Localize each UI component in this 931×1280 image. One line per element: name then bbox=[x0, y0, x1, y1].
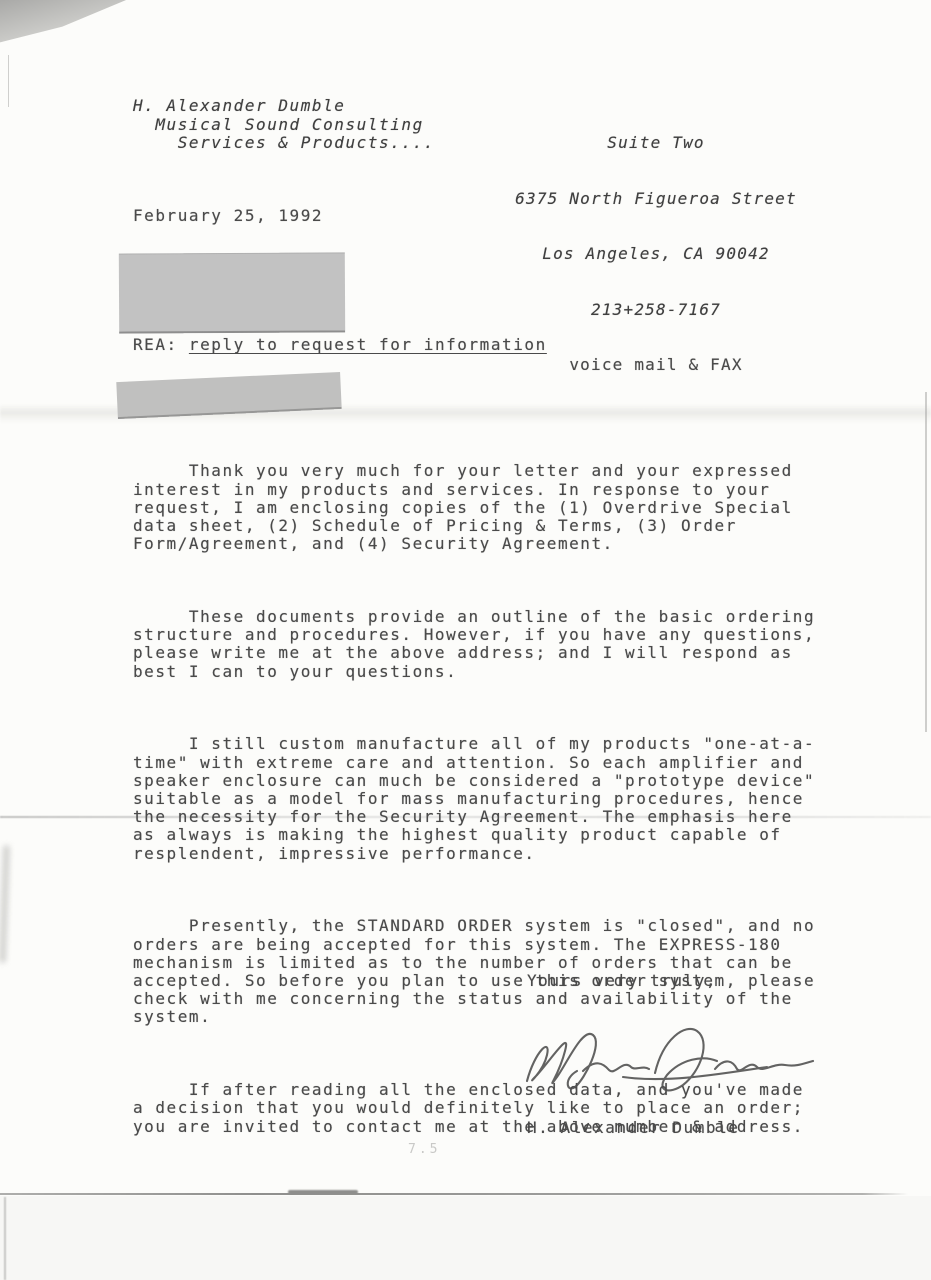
scan-edge-line-bottom bbox=[4, 1197, 6, 1280]
letterhead-sender-block: H. Alexander Dumble Musical Sound Consul… bbox=[133, 97, 435, 153]
page-corner-fold-artifact bbox=[0, 0, 130, 46]
paper-fold-blip bbox=[288, 1190, 358, 1194]
subject-line: REA: reply to request for information bbox=[133, 336, 547, 354]
subject-text: reply to request for information bbox=[189, 335, 547, 354]
closing-salutation: Yours very truly, bbox=[527, 972, 717, 990]
letter-paragraph: These documents provide an outline of th… bbox=[133, 608, 815, 681]
letterhead-street: 6375 North Figueroa Street bbox=[500, 190, 812, 209]
scan-edge-smudge bbox=[0, 845, 10, 963]
letterhead-city: Los Angeles, CA 90042 bbox=[500, 245, 812, 264]
letterhead-suite: Suite Two bbox=[500, 134, 812, 153]
signature-name: H. Alexander Dumble bbox=[527, 1119, 739, 1137]
letter-paragraph: Thank you very much for your letter and … bbox=[133, 462, 815, 553]
letter-date: February 25, 1992 bbox=[133, 207, 323, 225]
handwritten-signature bbox=[505, 1013, 820, 1108]
subject-prefix: REA: bbox=[133, 335, 189, 354]
scan-edge-line-right bbox=[925, 392, 927, 732]
redaction-block-recipient bbox=[119, 252, 345, 333]
letterhead-phone-note: voice mail & FAX bbox=[500, 356, 812, 375]
letterhead-address-block: Suite Two 6375 North Figueroa Street Los… bbox=[500, 97, 812, 412]
letter-paragraph: I still custom manufacture all of my pro… bbox=[133, 735, 815, 862]
paper-fold-line-bottom bbox=[0, 1193, 908, 1195]
page-bottom-region bbox=[0, 1196, 931, 1280]
faint-scan-mark: 7.5 bbox=[408, 1141, 440, 1159]
scan-edge-line bbox=[8, 55, 9, 107]
letterhead-phone: 213+258-7167 bbox=[500, 301, 812, 320]
scanned-letter-page: H. Alexander Dumble Musical Sound Consul… bbox=[0, 0, 931, 1280]
